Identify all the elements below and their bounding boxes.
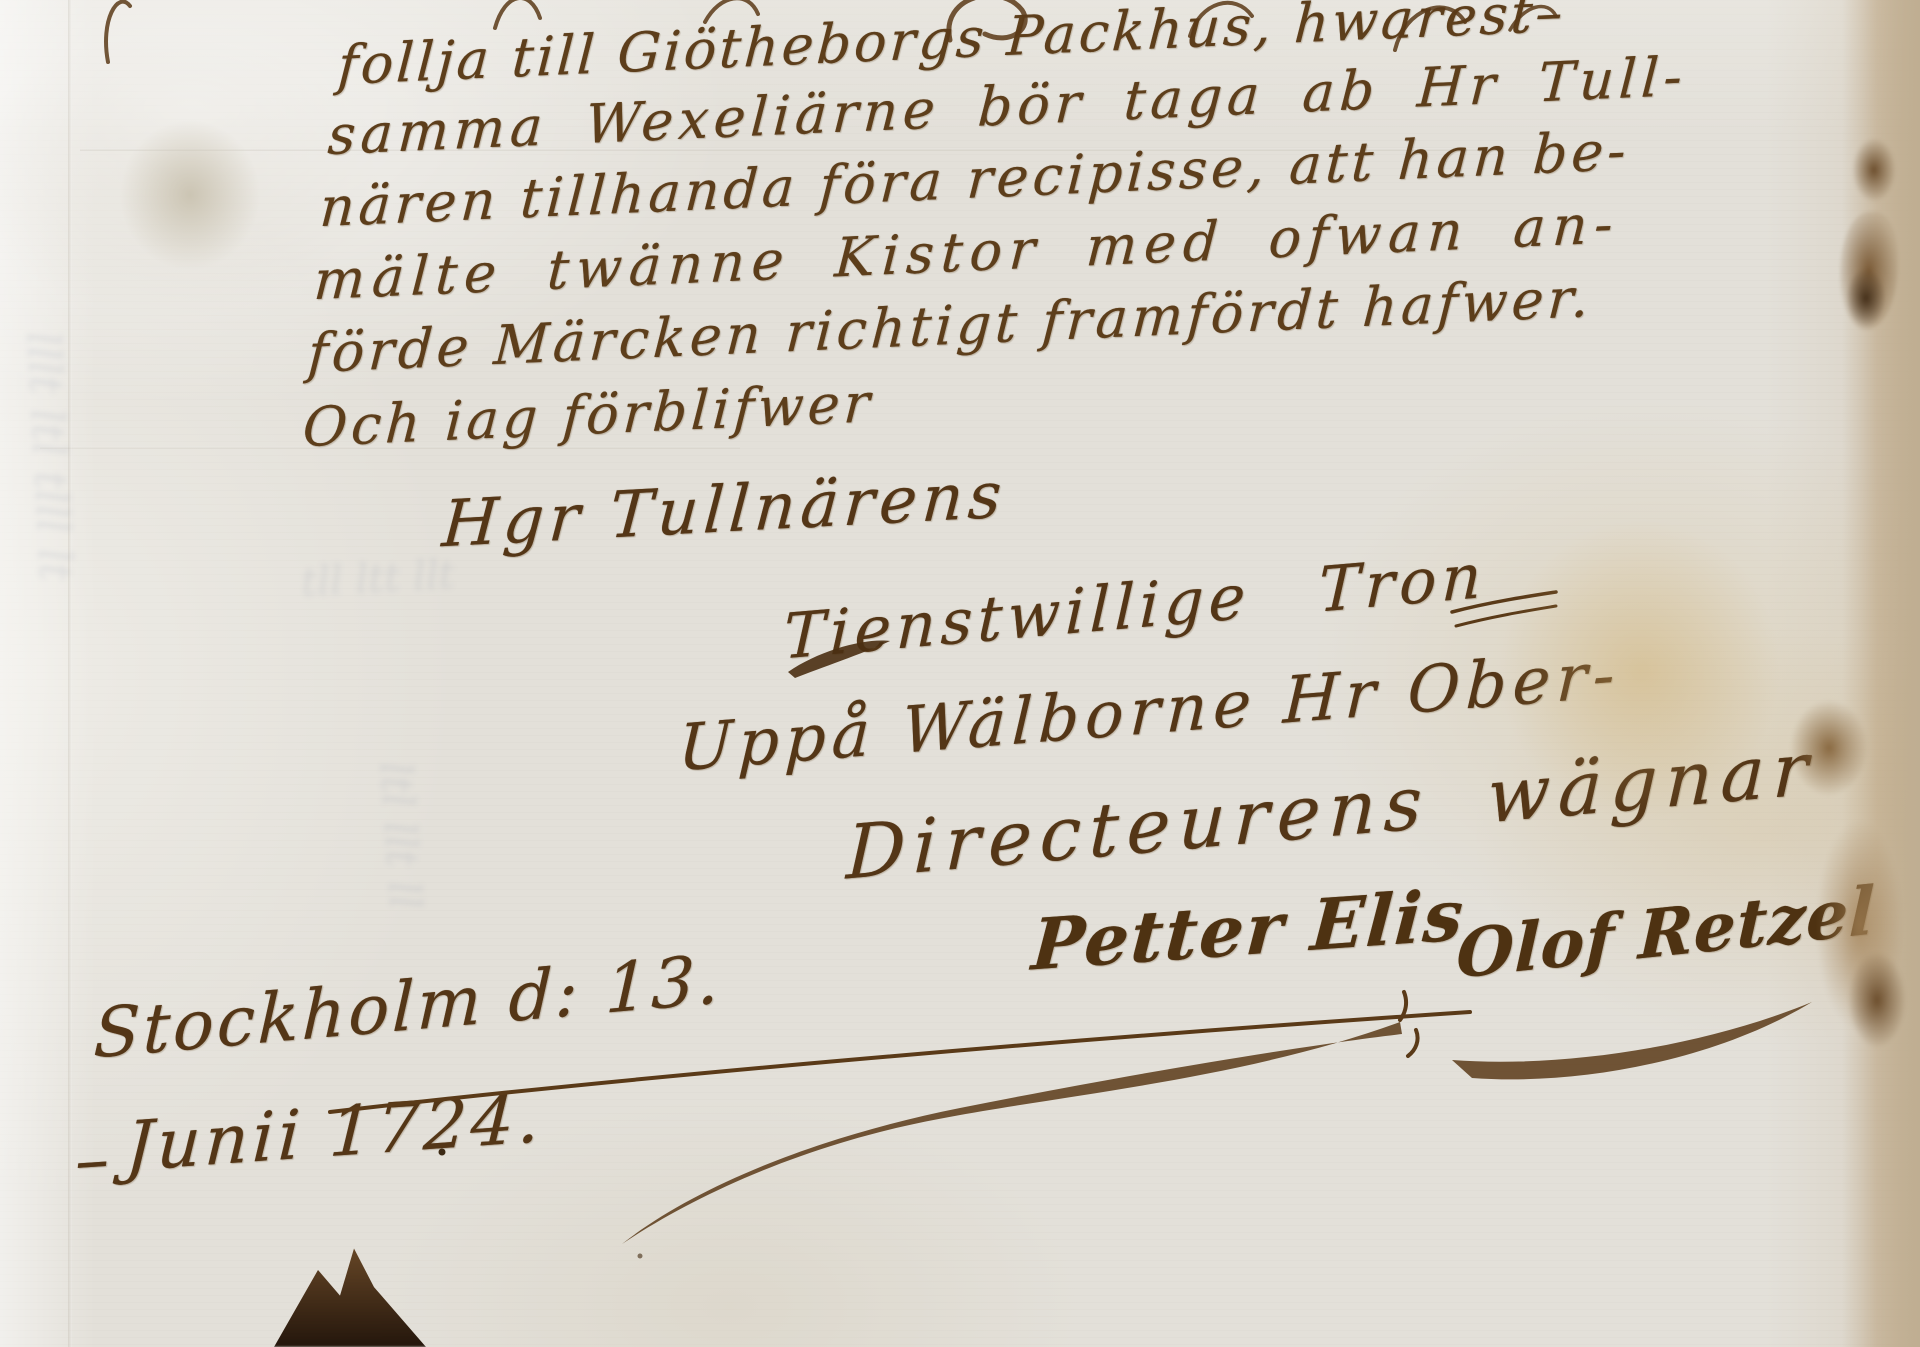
ink-speck-2 (638, 1254, 643, 1259)
paper-sheet: lllt ltl tlll lt tll ltt llt ltl llt ll … (0, 0, 1920, 1347)
stain-topleft-smudge (120, 120, 260, 270)
closing-line-tienstwillige: Tienstwillige Tron (782, 539, 1487, 674)
signature1-end-marks (1400, 992, 1418, 1056)
signature1-flourish (622, 1022, 1402, 1244)
body-line-6: Och iag förblifwer (301, 371, 875, 459)
dateline-date: Junii 1724. (124, 1079, 546, 1188)
closing-line-tullnarens: Hgr Tullnärens (440, 458, 1009, 562)
stain-bottom-dark (250, 1240, 450, 1347)
ghost-showthrough-2: tll ltt llt (300, 552, 456, 606)
ghost-showthrough-1: lllt ltl tlll lt (16, 330, 83, 583)
dateline-dash: – (72, 1120, 111, 1201)
signature2-flourish (1452, 1002, 1812, 1079)
left-edge-crease (68, 0, 72, 1347)
torn-page-edge (1842, 0, 1920, 1347)
signature-olof-retzel: Olof Retzel (1455, 871, 1876, 994)
signature-petter-elis: Petter Elis (1029, 873, 1467, 987)
manuscript-photo: lllt ltl tlll lt tll ltt llt ltl llt ll … (0, 0, 1920, 1347)
ghost-showthrough-3: ltl llt ll (369, 760, 430, 911)
dateline-place: Stockholm d: 13. (92, 940, 723, 1075)
